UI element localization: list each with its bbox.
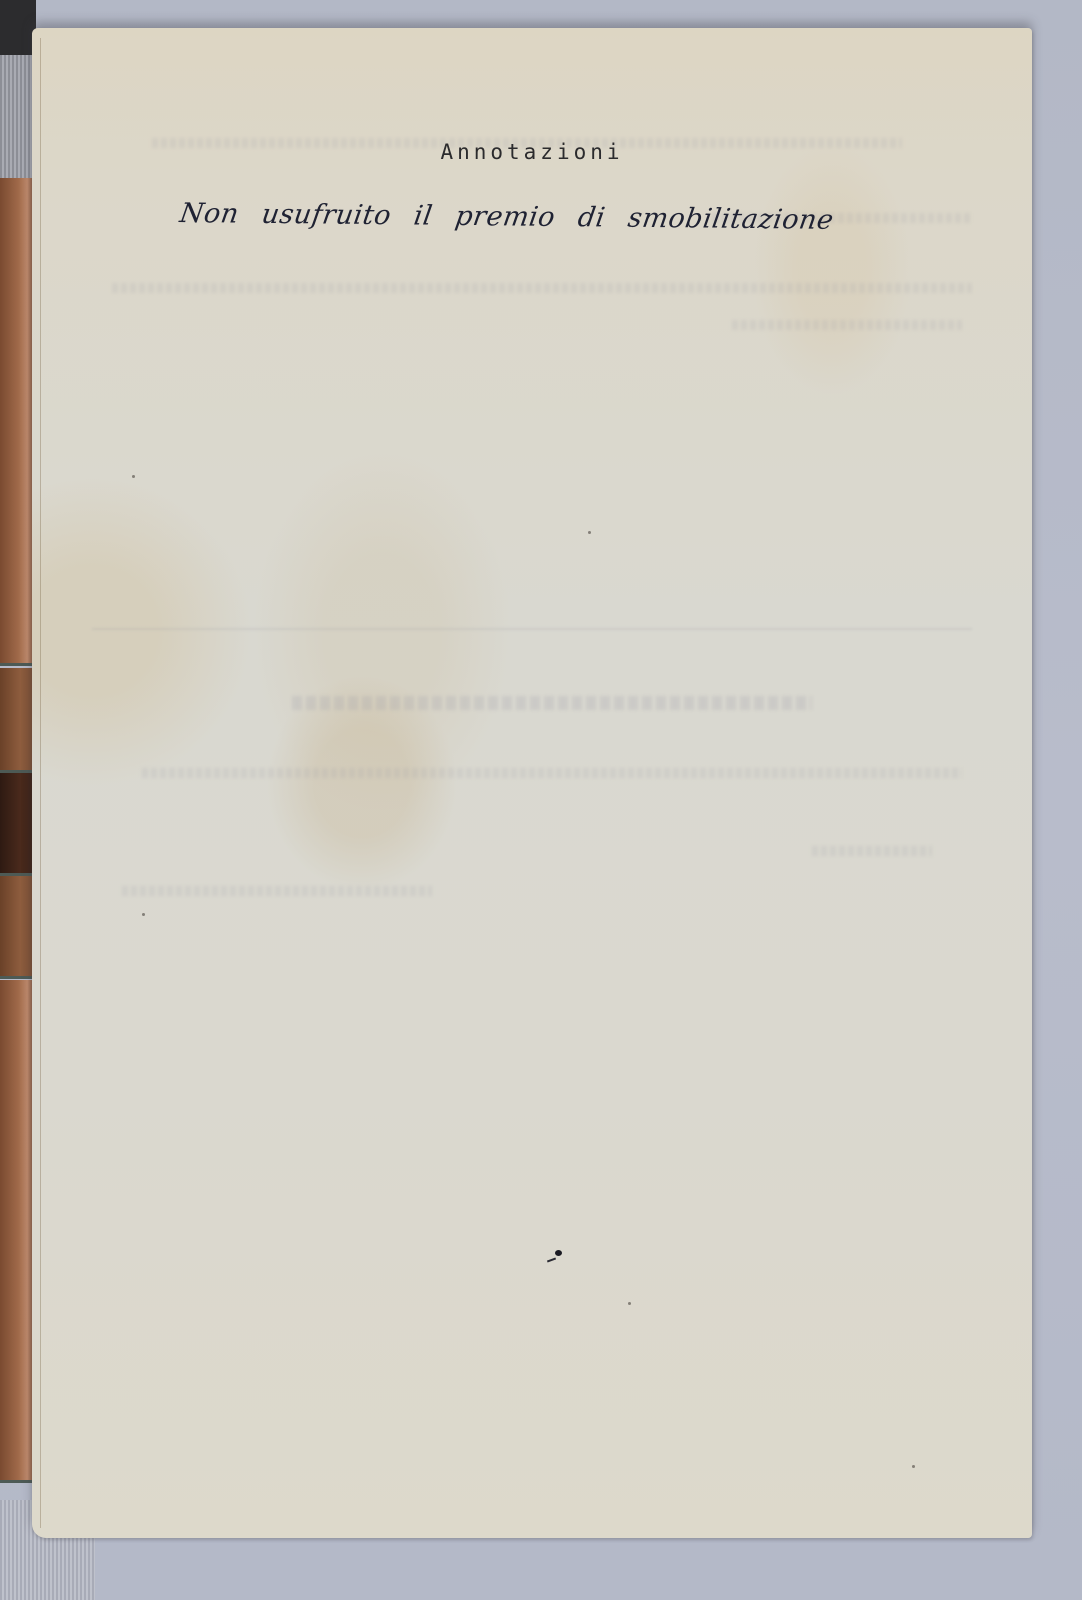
dark-fabric bbox=[0, 0, 36, 55]
bleed-through-text bbox=[732, 320, 962, 330]
paper-speck bbox=[142, 913, 145, 916]
bleed-through-text bbox=[812, 846, 932, 856]
striped-fabric bbox=[0, 55, 34, 180]
book-spine bbox=[0, 668, 34, 773]
paper-speck bbox=[588, 531, 591, 534]
book-spine bbox=[0, 773, 34, 876]
paper-speck bbox=[912, 1465, 915, 1468]
book-spine bbox=[0, 876, 34, 979]
document-page: Annotazioni Non usufruito il premio di s… bbox=[32, 28, 1032, 1538]
bleed-through-rule bbox=[92, 628, 972, 630]
ink-dot bbox=[555, 1250, 562, 1256]
page-heading: Annotazioni bbox=[32, 140, 1032, 164]
book-spine bbox=[0, 980, 34, 1483]
ink-dash bbox=[547, 1258, 556, 1263]
ink-blot bbox=[547, 1250, 563, 1264]
bleed-through-heading bbox=[292, 696, 812, 710]
handwritten-annotation: Non usufruito il premio di smobilitazion… bbox=[178, 198, 836, 236]
paper-speck bbox=[628, 1302, 631, 1305]
book-spine bbox=[0, 178, 34, 666]
page-edge-line bbox=[40, 38, 41, 1528]
bleed-through-text bbox=[142, 768, 962, 778]
paper-speck bbox=[132, 475, 135, 478]
bleed-through-text bbox=[122, 886, 432, 896]
bleed-through-text bbox=[112, 283, 972, 293]
